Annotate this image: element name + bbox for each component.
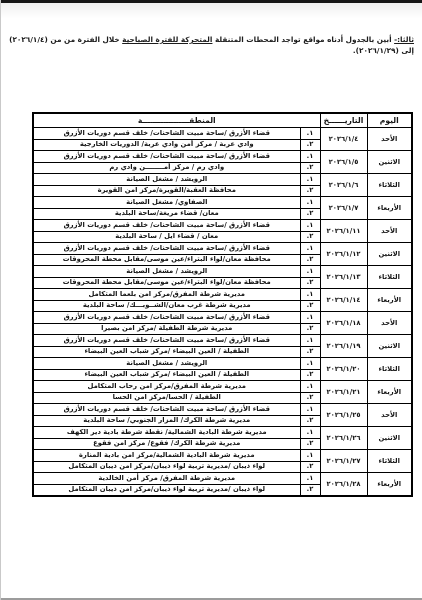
- row-number-cell: ١.: [300, 197, 320, 209]
- day-cell: الأحد: [367, 404, 412, 427]
- location-cell: لواء ذيبان /مديرية تربية لواء ذيبان/مركز…: [33, 461, 300, 473]
- day-cell: الاثنين: [367, 427, 412, 450]
- location-cell: الصفاوي/ مشغل الصيانة: [33, 197, 300, 209]
- document-page: ثالثا:- أبين بالجدول أدناه مواقع تواجد ا…: [0, 0, 422, 600]
- table-row: الأحد٢٠٢٦/١/٤١.قضاء الأزرق /ساحة مبيت ال…: [33, 128, 412, 140]
- table-row: الأربعاء٢٠٢٦/١/٧١.الصفاوي/ مشغل الصيانة: [33, 197, 412, 209]
- day-cell: الأحد: [367, 128, 412, 151]
- date-column-header: التاريــــــخ: [320, 113, 367, 128]
- date-cell: ٢٠٢٦/١/٤: [320, 128, 367, 151]
- row-number-cell: ٢.: [300, 231, 320, 243]
- date-cell: ٢٠٢٦/١/١٨: [320, 312, 367, 335]
- row-number-cell: ١.: [300, 312, 320, 324]
- date-cell: ٢٠٢٦/١/٦: [320, 174, 367, 197]
- location-cell: محافظة معان/لواء البتراء/عين موسى/مقابل …: [33, 277, 300, 289]
- location-cell: مديرية شرطة المفرق/مركز امن رحاب المتكام…: [33, 381, 300, 393]
- date-cell: ٢٠٢٦/١/١٣: [320, 266, 367, 289]
- schedule-table: اليوم التاريــــــخ المنطقــــــــــــــ…: [32, 112, 413, 497]
- heading-label: ثالثا:-: [394, 35, 414, 44]
- table-row: الثلاثاء٢٠٢٦/١/٦١.الرويشد / مشغل الصيانة: [33, 174, 412, 186]
- day-cell: الأربعاء: [367, 473, 412, 497]
- date-cell: ٢٠٢٦/١/٥: [320, 151, 367, 174]
- row-number-cell: ١.: [300, 473, 320, 485]
- row-number-cell: ٢.: [300, 300, 320, 312]
- row-number-cell: ١.: [300, 151, 320, 163]
- row-number-cell: ١.: [300, 404, 320, 416]
- row-number-cell: ٢.: [300, 323, 320, 335]
- row-number-cell: ٢.: [300, 139, 320, 151]
- row-number-cell: ٢.: [300, 415, 320, 427]
- table-row: الاثنين٢٠٢٦/١/٥١.قضاء الأزرق /ساحة مبيت …: [33, 151, 412, 163]
- date-cell: ٢٠٢٦/١/٢٠: [320, 358, 367, 381]
- table-row: الاثنين٢٠٢٦/١/١٩١.قضاء الأزرق /ساحة مبيت…: [33, 335, 412, 347]
- location-cell: قضاء الأزرق /ساحة مبيت الشاحنات/ خلف قسم…: [33, 312, 300, 324]
- location-cell: مديرية شرطة الطفيلة /مركز امن بصيرا: [33, 323, 300, 335]
- location-cell: محافظة معان/لواء البتراء/عين موسى/مقابل …: [33, 254, 300, 266]
- location-cell: قضاء الأزرق /ساحة مبيت الشاحنات/ خلف قسم…: [33, 151, 300, 163]
- region-column-header: المنطقــــــــــــــــــة: [33, 113, 320, 128]
- row-number-cell: ١.: [300, 266, 320, 278]
- table-row: الثلاثاء٢٠٢٦/١/٢٠١.الرويشد / مشغل الصيان…: [33, 358, 412, 370]
- table-row: الاثنين٢٠٢٦/١/١٢١.قضاء الأزرق /ساحة مبيت…: [33, 243, 412, 255]
- location-cell: الرويشد / مشغل الصيانة: [33, 266, 300, 278]
- day-cell: الأربعاء: [367, 289, 412, 312]
- row-number-cell: ١.: [300, 358, 320, 370]
- date-cell: ٢٠٢٦/١/٢١: [320, 381, 367, 404]
- location-cell: وادي رم / مركز أمــــــــن وادي رم: [33, 162, 300, 174]
- table-row: الاثنين٢٠٢٦/١/٢٦١.مديرية شرطة البادية ال…: [33, 427, 412, 439]
- heading-text-1: أبين بالجدول أدناه مواقع تواجد المحطات ا…: [212, 35, 394, 44]
- row-number-cell: ٢.: [300, 484, 320, 496]
- location-cell: الرويشد / مشغل الصيانة: [33, 358, 300, 370]
- row-number-cell: ٢.: [300, 185, 320, 197]
- table-row: الأحد٢٠٢٦/١/١١١.قضاء الأزرق /ساحة مبيت ا…: [33, 220, 412, 232]
- day-cell: الثلاثاء: [367, 174, 412, 197]
- day-cell: الأحد: [367, 312, 412, 335]
- row-number-cell: ٢.: [300, 254, 320, 266]
- heading-underlined-phrase: المتحركة للفترة الصباحية: [122, 35, 212, 44]
- day-cell: الأحد: [367, 220, 412, 243]
- row-number-cell: ٢.: [300, 208, 320, 220]
- table-row: الأربعاء٢٠٢٦/١/٢١١.مديرية شرطة المفرق/مر…: [33, 381, 412, 393]
- row-number-cell: ١.: [300, 335, 320, 347]
- row-number-cell: ١.: [300, 289, 320, 301]
- row-number-cell: ١.: [300, 128, 320, 140]
- location-cell: معان / قضاء ايل / ساحة البلدية: [33, 231, 300, 243]
- row-number-cell: ٢.: [300, 438, 320, 450]
- row-number-cell: ٢.: [300, 369, 320, 381]
- location-cell: وادي عربة / مركز أمن وادي عربة/ الدوريات…: [33, 139, 300, 151]
- day-cell: الاثنين: [367, 243, 412, 266]
- row-number-cell: ٢.: [300, 461, 320, 473]
- location-cell: مديرية شرطة المفرق/مركز امن بلعما المتكا…: [33, 289, 300, 301]
- location-cell: مديرية شرطة الكرك/ المزار الجنوبي/ ساحة …: [33, 415, 300, 427]
- row-number-cell: ٢.: [300, 346, 320, 358]
- day-cell: الأربعاء: [367, 197, 412, 220]
- location-cell: الطفيلة / العين البيضاء /مركز شباب العين…: [33, 369, 300, 381]
- row-number-cell: ٢.: [300, 277, 320, 289]
- location-cell: مديرية شرطة المفرق/ مركز أمن الخالدية: [33, 473, 300, 485]
- date-cell: ٢٠٢٦/١/١٤: [320, 289, 367, 312]
- location-cell: معان/ قضاء مريغة/ساحة البلدية: [33, 208, 300, 220]
- table-row: الأحد٢٠٢٦/١/١٨١.قضاء الأزرق /ساحة مبيت ا…: [33, 312, 412, 324]
- date-cell: ٢٠٢٦/١/٢٨: [320, 473, 367, 497]
- location-cell: لواء ذيبان /مديرية تربية لواء ذيبان/مركز…: [33, 484, 300, 496]
- table-row: الثلاثاء٢٠٢٦/١/١٣١.الرويشد / مشغل الصيان…: [33, 266, 412, 278]
- day-cell: الثلاثاء: [367, 450, 412, 473]
- table-row: الأربعاء٢٠٢٦/١/٢٨١.مديرية شرطة المفرق/ م…: [33, 473, 412, 485]
- date-cell: ٢٠٢٦/١/٢٥: [320, 404, 367, 427]
- schedule-rows: الأحد٢٠٢٦/١/٤١.قضاء الأزرق /ساحة مبيت ال…: [33, 128, 412, 497]
- location-cell: مديرية شرطة البادية الشمالية/مركز امن با…: [33, 450, 300, 462]
- section-heading: ثالثا:- أبين بالجدول أدناه مواقع تواجد ا…: [6, 34, 414, 56]
- day-cell: الثلاثاء: [367, 266, 412, 289]
- row-number-cell: ٢.: [300, 392, 320, 404]
- table-row: الثلاثاء٢٠٢٦/١/٢٧١.مديرية شرطة البادية ا…: [33, 450, 412, 462]
- date-cell: ٢٠٢٦/١/٢٦: [320, 427, 367, 450]
- location-cell: مديرية شرطة البادية الشمالية/ نقطة شرطة …: [33, 427, 300, 439]
- table-row: الأحد٢٠٢٦/١/٢٥١.قضاء الأزرق /ساحة مبيت ا…: [33, 404, 412, 416]
- location-cell: الطفيلة / الحسا/مركز امن الحسا: [33, 392, 300, 404]
- row-number-cell: ١.: [300, 243, 320, 255]
- date-cell: ٢٠٢٦/١/١٩: [320, 335, 367, 358]
- day-cell: الأربعاء: [367, 381, 412, 404]
- location-cell: قضاء الأزرق /ساحة مبيت الشاحنات/ خلف قسم…: [33, 335, 300, 347]
- row-number-cell: ١.: [300, 220, 320, 232]
- location-cell: مديرية شرطة الكرك/ فقوع/ مركز امن فقوع: [33, 438, 300, 450]
- day-cell: الثلاثاء: [367, 358, 412, 381]
- scan-edge-top: [1, 0, 422, 3]
- row-number-cell: ١.: [300, 381, 320, 393]
- table-header-row: اليوم التاريــــــخ المنطقــــــــــــــ…: [33, 113, 412, 128]
- location-cell: قضاء الأزرق /ساحة مبيت الشاحنات/ خلف قسم…: [33, 220, 300, 232]
- day-column-header: اليوم: [367, 113, 412, 128]
- row-number-cell: ١.: [300, 427, 320, 439]
- location-cell: قضاء الأزرق /ساحة مبيت الشاحنات/ خلف قسم…: [33, 243, 300, 255]
- row-number-cell: ١.: [300, 174, 320, 186]
- location-cell: مديرية شرطة غرب معان/الشــوبـــك/ ساحة ا…: [33, 300, 300, 312]
- row-number-cell: ٢.: [300, 162, 320, 174]
- day-cell: الاثنين: [367, 335, 412, 358]
- table-row: الأربعاء٢٠٢٦/١/١٤١.مديرية شرطة المفرق/مر…: [33, 289, 412, 301]
- location-cell: الرويشد / مشغل الصيانة: [33, 174, 300, 186]
- location-cell: قضاء الأزرق /ساحة مبيت الشاحنات/ خلف قسم…: [33, 404, 300, 416]
- date-cell: ٢٠٢٦/١/١٢: [320, 243, 367, 266]
- date-cell: ٢٠٢٦/١/٢٧: [320, 450, 367, 473]
- date-cell: ٢٠٢٦/١/٧: [320, 197, 367, 220]
- location-cell: قضاء الأزرق /ساحة مبيت الشاحنات/ خلف قسم…: [33, 128, 300, 140]
- row-number-cell: ١.: [300, 450, 320, 462]
- location-cell: محافظة العقبة/القويرة/مركز امن القويرة: [33, 185, 300, 197]
- day-cell: الاثنين: [367, 151, 412, 174]
- date-cell: ٢٠٢٦/١/١١: [320, 220, 367, 243]
- location-cell: الطفيلة / العين البيضاء /مركز شباب العين…: [33, 346, 300, 358]
